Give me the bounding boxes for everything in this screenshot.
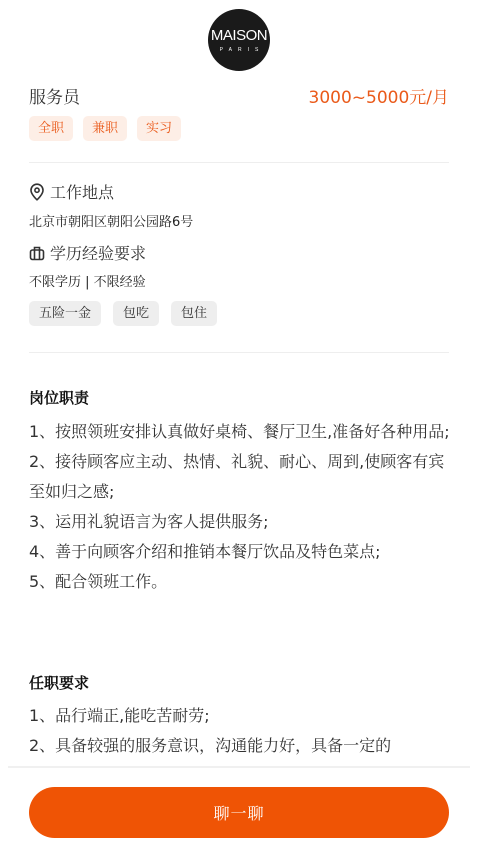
- qualification-item: 1、品行端正,能吃苦耐劳;: [29, 701, 453, 731]
- benefit-tag: 包住: [171, 301, 217, 326]
- duties-list: 1、按照领班安排认真做好桌椅、餐厅卫生,准备好各种用品; 2、接待顾客应主动、热…: [29, 417, 453, 597]
- duties-title: 岗位职责: [29, 387, 89, 408]
- briefcase-icon: [29, 245, 45, 261]
- requirements-label: 学历经验要求: [50, 241, 146, 264]
- duty-item: 2、接待顾客应主动、热情、礼貌、耐心、周到,使顾客有宾至如归之感;: [29, 447, 453, 507]
- benefit-tag: 包吃: [113, 301, 159, 326]
- divider: [8, 766, 470, 768]
- duty-item: 4、善于向顾客介绍和推销本餐厅饮品及特色菜点;: [29, 537, 453, 567]
- work-address: 北京市朝阳区朝阳公园路6号: [29, 211, 193, 230]
- divider: [29, 352, 449, 353]
- logo-text-paris: PARIS: [214, 46, 265, 54]
- company-logo: MAISON PARIS: [208, 9, 270, 71]
- job-type-tags: 全职 兼职 实习: [29, 116, 181, 141]
- logo-text-maison: MAISON: [211, 28, 267, 43]
- qualifications-title: 任职要求: [29, 672, 89, 693]
- benefit-tags: 五险一金 包吃 包住: [29, 301, 217, 326]
- divider: [29, 162, 449, 163]
- tag-part-time: 兼职: [83, 116, 127, 141]
- tag-internship: 实习: [137, 116, 181, 141]
- duty-item: 1、按照领班安排认真做好桌椅、餐厅卫生,准备好各种用品;: [29, 417, 453, 447]
- qualification-item: 2、具备较强的服务意识，沟通能力好，具备一定的: [29, 731, 453, 761]
- requirements-value: 不限学历 | 不限经验: [29, 271, 146, 290]
- duty-item: 5、配合领班工作。: [29, 567, 453, 597]
- requirements-heading: 学历经验要求: [29, 241, 146, 264]
- job-title: 服务员: [29, 83, 80, 108]
- tag-full-time: 全职: [29, 116, 73, 141]
- job-header: 服务员 3000~5000元/月: [29, 84, 449, 106]
- salary: 3000~5000元/月: [309, 83, 450, 108]
- qualifications-list: 1、品行端正,能吃苦耐劳; 2、具备较强的服务意识，沟通能力好，具备一定的: [29, 701, 453, 761]
- location-heading: 工作地点: [29, 180, 114, 203]
- location-label: 工作地点: [50, 180, 114, 203]
- duty-item: 3、运用礼貌语言为客人提供服务;: [29, 507, 453, 537]
- chat-button[interactable]: 聊一聊: [29, 787, 449, 838]
- location-pin-icon: [29, 183, 45, 201]
- benefit-tag: 五险一金: [29, 301, 101, 326]
